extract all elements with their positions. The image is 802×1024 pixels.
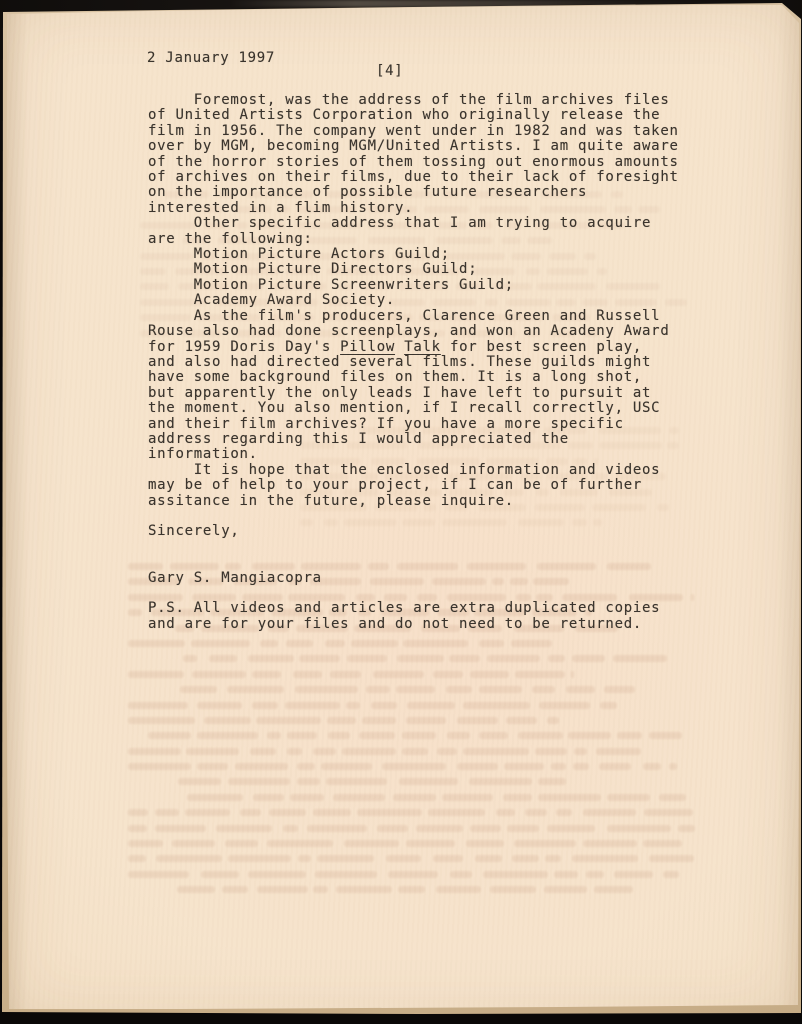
letter-body: Foremost, was the address of the film ar… <box>148 93 679 632</box>
photo-scan-background: 2 January 1997 [4] Foremost, was the add… <box>0 0 802 1024</box>
letter-date: 2 January 1997 <box>147 51 275 66</box>
page-number: [4] <box>376 64 403 79</box>
letter-page: 2 January 1997 [4] Foremost, was the add… <box>0 0 802 1024</box>
